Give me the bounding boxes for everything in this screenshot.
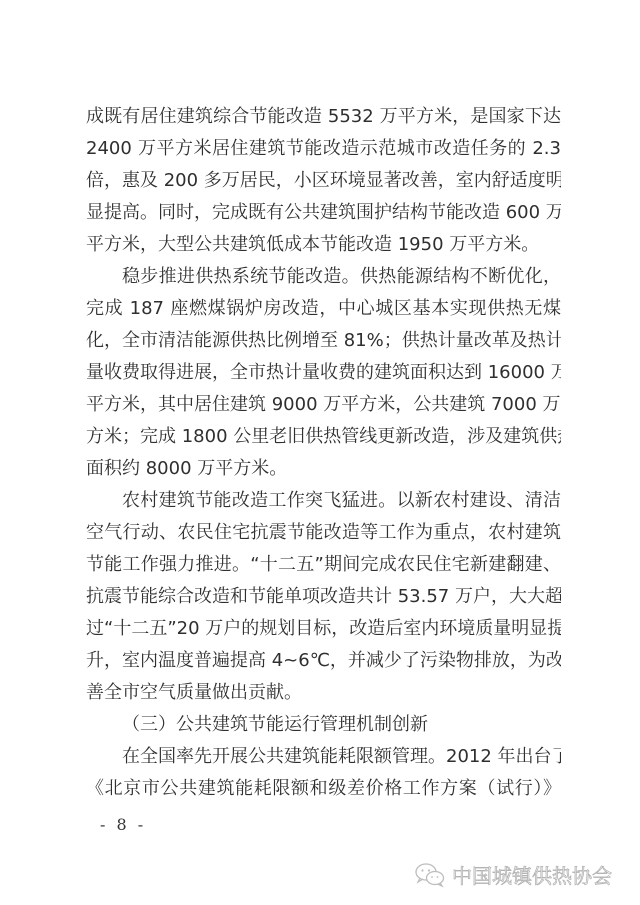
text-line: 化，全市清洁能源供热比例增至 81%；供热计量改革及热计	[86, 325, 561, 357]
paragraph-heading-line: 在全国率先开展公共建筑能耗限额管理。2012 年出台了	[86, 741, 561, 773]
section-heading: （三）公共建筑节能运行管理机制创新	[86, 709, 561, 741]
text-line: 显提高。同时，完成既有公共建筑围护结构节能改造 600 万	[86, 197, 561, 229]
paragraph-heading-line: 农村建筑节能改造工作突飞猛进。以新农村建设、清洁	[86, 485, 561, 517]
text-line: 完成 187 座燃煤锅炉房改造，中心城区基本实现供热无煤	[86, 293, 561, 325]
text-line: 抗震节能综合改造和节能单项改造共计 53.57 万户，大大超	[86, 581, 561, 613]
text-line: 节能工作强力推进。“十二五”期间完成农民住宅新建翻建、	[86, 549, 561, 581]
text-line: 倍，惠及 200 多万居民，小区环境显著改善，室内舒适度明	[86, 165, 561, 197]
text-line: 过“十二五”20 万户的规划目标，改造后室内环境质量明显提	[86, 613, 561, 645]
text-line: 空气行动、农民住宅抗震节能改造等工作为重点，农村建筑	[86, 517, 561, 549]
watermark: 中国城镇供热协会	[414, 860, 612, 889]
page-number: - 8 -	[100, 815, 146, 834]
text-line: 量收费取得进展，全市热计量收费的建筑面积达到 16000 万	[86, 357, 561, 389]
text-line: 善全市空气质量做出贡献。	[86, 677, 561, 709]
text-line: 平方米，其中居住建筑 9000 万平方米，公共建筑 7000 万平	[86, 389, 561, 421]
document-body: 成既有居住建筑综合节能改造 5532 万平方米，是国家下达 2400 万平方米居…	[86, 101, 561, 805]
text-line: 面积约 8000 万平方米。	[86, 453, 561, 485]
watermark-text: 中国城镇供热协会	[452, 860, 612, 889]
text-line: 《北京市公共建筑能耗限额和级差价格工作方案（试行）》	[86, 773, 561, 805]
text-line: 成既有居住建筑综合节能改造 5532 万平方米，是国家下达	[86, 101, 561, 133]
wechat-icon	[414, 862, 446, 888]
paragraph-heading-line: 稳步推进供热系统节能改造。供热能源结构不断优化，	[86, 261, 561, 293]
text-line: 2400 万平方米居住建筑节能改造示范城市改造任务的 2.3	[86, 133, 561, 165]
text-line: 方米；完成 1800 公里老旧供热管线更新改造，涉及建筑供热	[86, 421, 561, 453]
text-line: 升，室内温度普遍提高 4~6℃，并减少了污染物排放，为改	[86, 645, 561, 677]
text-line: 平方米，大型公共建筑低成本节能改造 1950 万平方米。	[86, 229, 561, 261]
